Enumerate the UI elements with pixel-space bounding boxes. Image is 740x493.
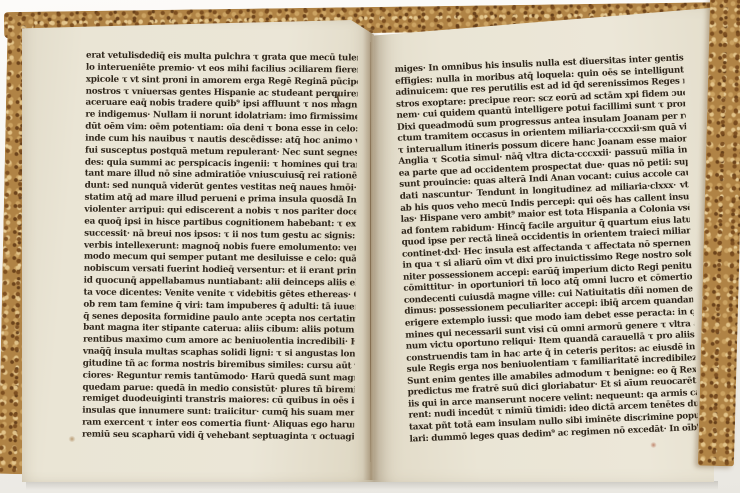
gutter-shadow (363, 28, 379, 480)
page-stain (68, 436, 76, 442)
incunable-book-photo: erat vetulisdediq̄ eis multa pulchra τ g… (0, 0, 740, 493)
right-page-text: miges· In omnibus his insulis nulla est … (394, 53, 698, 445)
book-drop-shadow (26, 481, 718, 490)
page-stain (650, 442, 657, 448)
left-page-text: erat vetulisdediq̄ eis multa pulchra τ g… (82, 51, 358, 445)
